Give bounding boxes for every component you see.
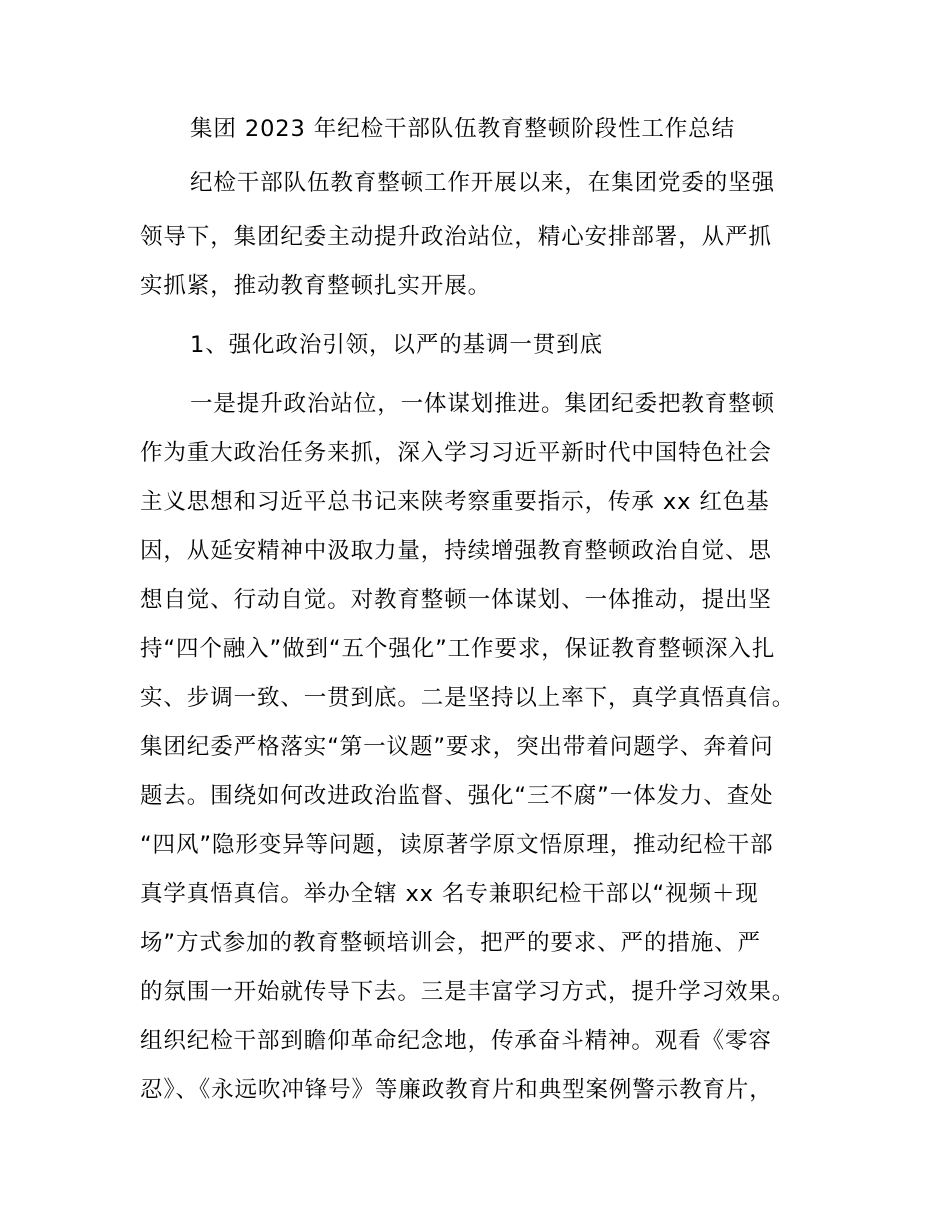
- paragraph-line: 想自觉、行动自觉。对教育整顿一体谋划、一体推动，提出坚: [140, 585, 772, 615]
- document-page: 集团 2023 年纪检干部队伍教育整顿阶段性工作总结 纪检干部队伍教育整顿工作开…: [0, 0, 950, 1230]
- paragraph-line: 领导下，集团纪委主动提升政治站位，精心安排部署，从严抓: [140, 222, 772, 252]
- section-heading: 1、强化政治引领，以严的基调一贯到底: [190, 330, 603, 360]
- paragraph-line: 忍》、《永远吹冲锋号》等廉政教育片和典型案例警示教育片，: [140, 1075, 773, 1105]
- paragraph-line: 实抓紧，推动教育整顿扎实开展。: [140, 271, 491, 301]
- paragraph-line: 实、步调一致、一贯到底。二是坚持以上率下，真学真悟真信。: [140, 683, 795, 713]
- paragraph-line: 真学真悟真信。举办全辖 xx 名专兼职纪检干部以“视频＋现: [140, 879, 759, 909]
- paragraph-line: 题去。围绕如何改进政治监督、强化“三不腐”一体发力、查处: [140, 781, 774, 811]
- paragraph-line: 作为重大政治任务来抓，深入学习习近平新时代中国特色社会: [140, 438, 772, 468]
- paragraph-line: 场”方式参加的教育整顿培训会，把严的要求、严的措施、严: [140, 928, 761, 958]
- document-title: 集团 2023 年纪检干部队伍教育整顿阶段性工作总结: [190, 114, 735, 144]
- paragraph-line: 因，从延安精神中汲取力量，持续增强教育整顿政治自觉、思: [140, 536, 772, 566]
- paragraph-line: 主义思想和习近平总书记来陕考察重要指示，传承 xx 红色基: [140, 487, 770, 517]
- paragraph-line: 持“四个融入”做到“五个强化”工作要求，保证教育整顿深入扎: [140, 634, 775, 664]
- paragraph-line: 集团纪委严格落实“第一议题”要求，突出带着问题学、奔着问: [140, 732, 774, 762]
- paragraph-line: 纪检干部队伍教育整顿工作开展以来，在集团党委的坚强: [190, 168, 775, 198]
- paragraph-line: 的氛围一开始就传导下去。三是丰富学习方式，提升学习效果。: [140, 977, 795, 1007]
- paragraph-line: “四风”隐形变异等问题，读原著学原文悟原理，推动纪检干部: [140, 830, 774, 860]
- paragraph-line: 组织纪检干部到瞻仰革命纪念地，传承奋斗精神。观看《零容: [140, 1026, 772, 1056]
- paragraph-line: 一是提升政治站位，一体谋划推进。集团纪委把教育整顿: [190, 389, 775, 419]
